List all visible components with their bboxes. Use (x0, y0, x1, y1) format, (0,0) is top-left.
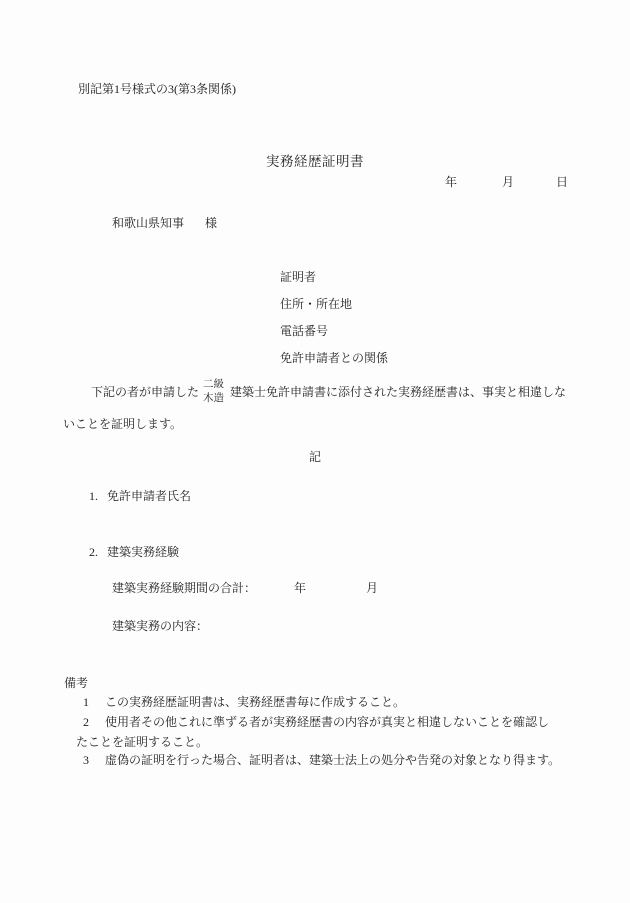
declaration-tail: 建築士免許申請書に添付された実務経歴書は、事実と相違しな (230, 385, 566, 400)
item-number: 2. (89, 545, 107, 560)
item-applicant-name: 1. 免許申請者氏名 (89, 489, 191, 504)
certifier-block: 証明者 住所・所在地 電話番号 免許申請者との関係 (280, 264, 388, 372)
note-number: 3 (83, 753, 105, 768)
item-label: 免許申請者氏名 (107, 489, 191, 504)
certifier-label: 証明者 (280, 264, 388, 291)
date-day-label: 日 (556, 175, 568, 190)
note-text: この実務経歴証明書は、実務経歴書毎に作成すること。 (105, 695, 405, 710)
experience-total-label: 建築実務経験期間の合計： (112, 581, 256, 596)
form-document: 別記第1号様式の3(第3条関係) 実務経歴証明書 年 月 日 和歌山県知事様 証… (0, 0, 630, 903)
item-number: 1. (89, 489, 107, 504)
addressee-name: 和歌山県知事 (112, 216, 184, 230)
item-label: 建築実務経験 (107, 545, 179, 560)
addressee-line: 和歌山県知事様 (112, 216, 217, 231)
item-building-experience: 2. 建築実務経験 (89, 545, 179, 560)
certifier-phone-label: 電話番号 (280, 318, 388, 345)
declaration-line1: 下記の者が申請した 二級 木造 建築士免許申請書に添付された実務経歴書は、事実と… (91, 377, 566, 407)
remarks-note-2: 2 使用者その他これに準ずる者が実務経歴書の内容が真実と相違しないことを確認し (83, 715, 549, 730)
addressee-honorific: 様 (205, 216, 217, 230)
experience-month-label: 月 (366, 581, 378, 596)
license-class-top: 二級 (203, 378, 224, 392)
experience-year-label: 年 (294, 581, 306, 596)
experience-content-label: 建築実務の内容： (112, 619, 208, 634)
note-text: 使用者その他これに準ずる者が実務経歴書の内容が真実と相違しないことを確認し (105, 715, 549, 730)
document-title: 実務経歴証明書 (0, 154, 630, 171)
certifier-address-label: 住所・所在地 (280, 291, 388, 318)
record-heading: 記 (0, 450, 630, 465)
certifier-relation-label: 免許申請者との関係 (280, 345, 388, 372)
remarks-note-1: 1 この実務経歴証明書は、実務経歴書毎に作成すること。 (83, 695, 405, 710)
remarks-note-3: 3 虚偽の証明を行った場合、証明者は、建築士法上の処分や告発の対象となり得ます。 (83, 753, 560, 768)
date-month-label: 月 (502, 175, 514, 190)
remarks-heading: 備考 (64, 676, 88, 691)
form-number: 別記第1号様式の3(第3条関係) (78, 82, 236, 97)
license-class-bottom: 木造 (203, 392, 224, 406)
note-text: 虚偽の証明を行った場合、証明者は、建築士法上の処分や告発の対象となり得ます。 (105, 753, 560, 768)
license-class-stack: 二級 木造 (203, 378, 224, 406)
note-number: 2 (83, 715, 105, 730)
remarks-note-2-continuation: たことを証明すること。 (76, 735, 208, 750)
date-year-label: 年 (445, 175, 457, 190)
declaration-lead: 下記の者が申請した (91, 385, 199, 400)
note-number: 1 (83, 695, 105, 710)
declaration-line2: いことを証明します。 (63, 417, 182, 432)
